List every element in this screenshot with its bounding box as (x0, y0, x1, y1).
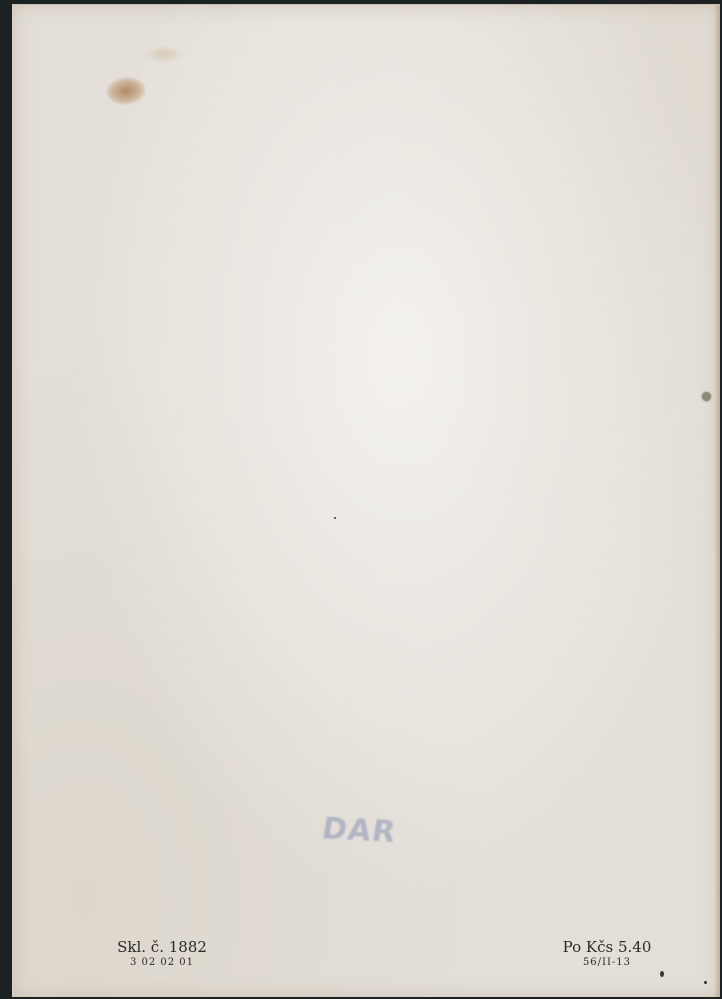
ink-speck (704, 981, 707, 984)
price: Po Kčs 5.40 (542, 938, 672, 956)
library-stamp: DAR (320, 811, 399, 850)
ink-speck (660, 971, 664, 977)
faint-stain (144, 45, 184, 63)
binding-hole (702, 392, 711, 401)
worn-right-edge (714, 5, 720, 997)
catalog-code: 3 02 02 01 (102, 956, 222, 970)
price-reference: 56/II-13 (542, 956, 672, 970)
brown-stain (104, 74, 148, 107)
ink-speck (334, 517, 336, 519)
catalog-number: Skl. č. 1882 (102, 938, 222, 956)
imprint-price: Po Kčs 5.40 56/II-13 (542, 938, 672, 970)
imprint-catalog: Skl. č. 1882 3 02 02 01 (102, 938, 222, 970)
scanned-page-background: DAR Skl. č. 1882 3 02 02 01 Po Kčs 5.40 … (0, 0, 722, 999)
back-cover-page: DAR Skl. č. 1882 3 02 02 01 Po Kčs 5.40 … (12, 4, 720, 997)
